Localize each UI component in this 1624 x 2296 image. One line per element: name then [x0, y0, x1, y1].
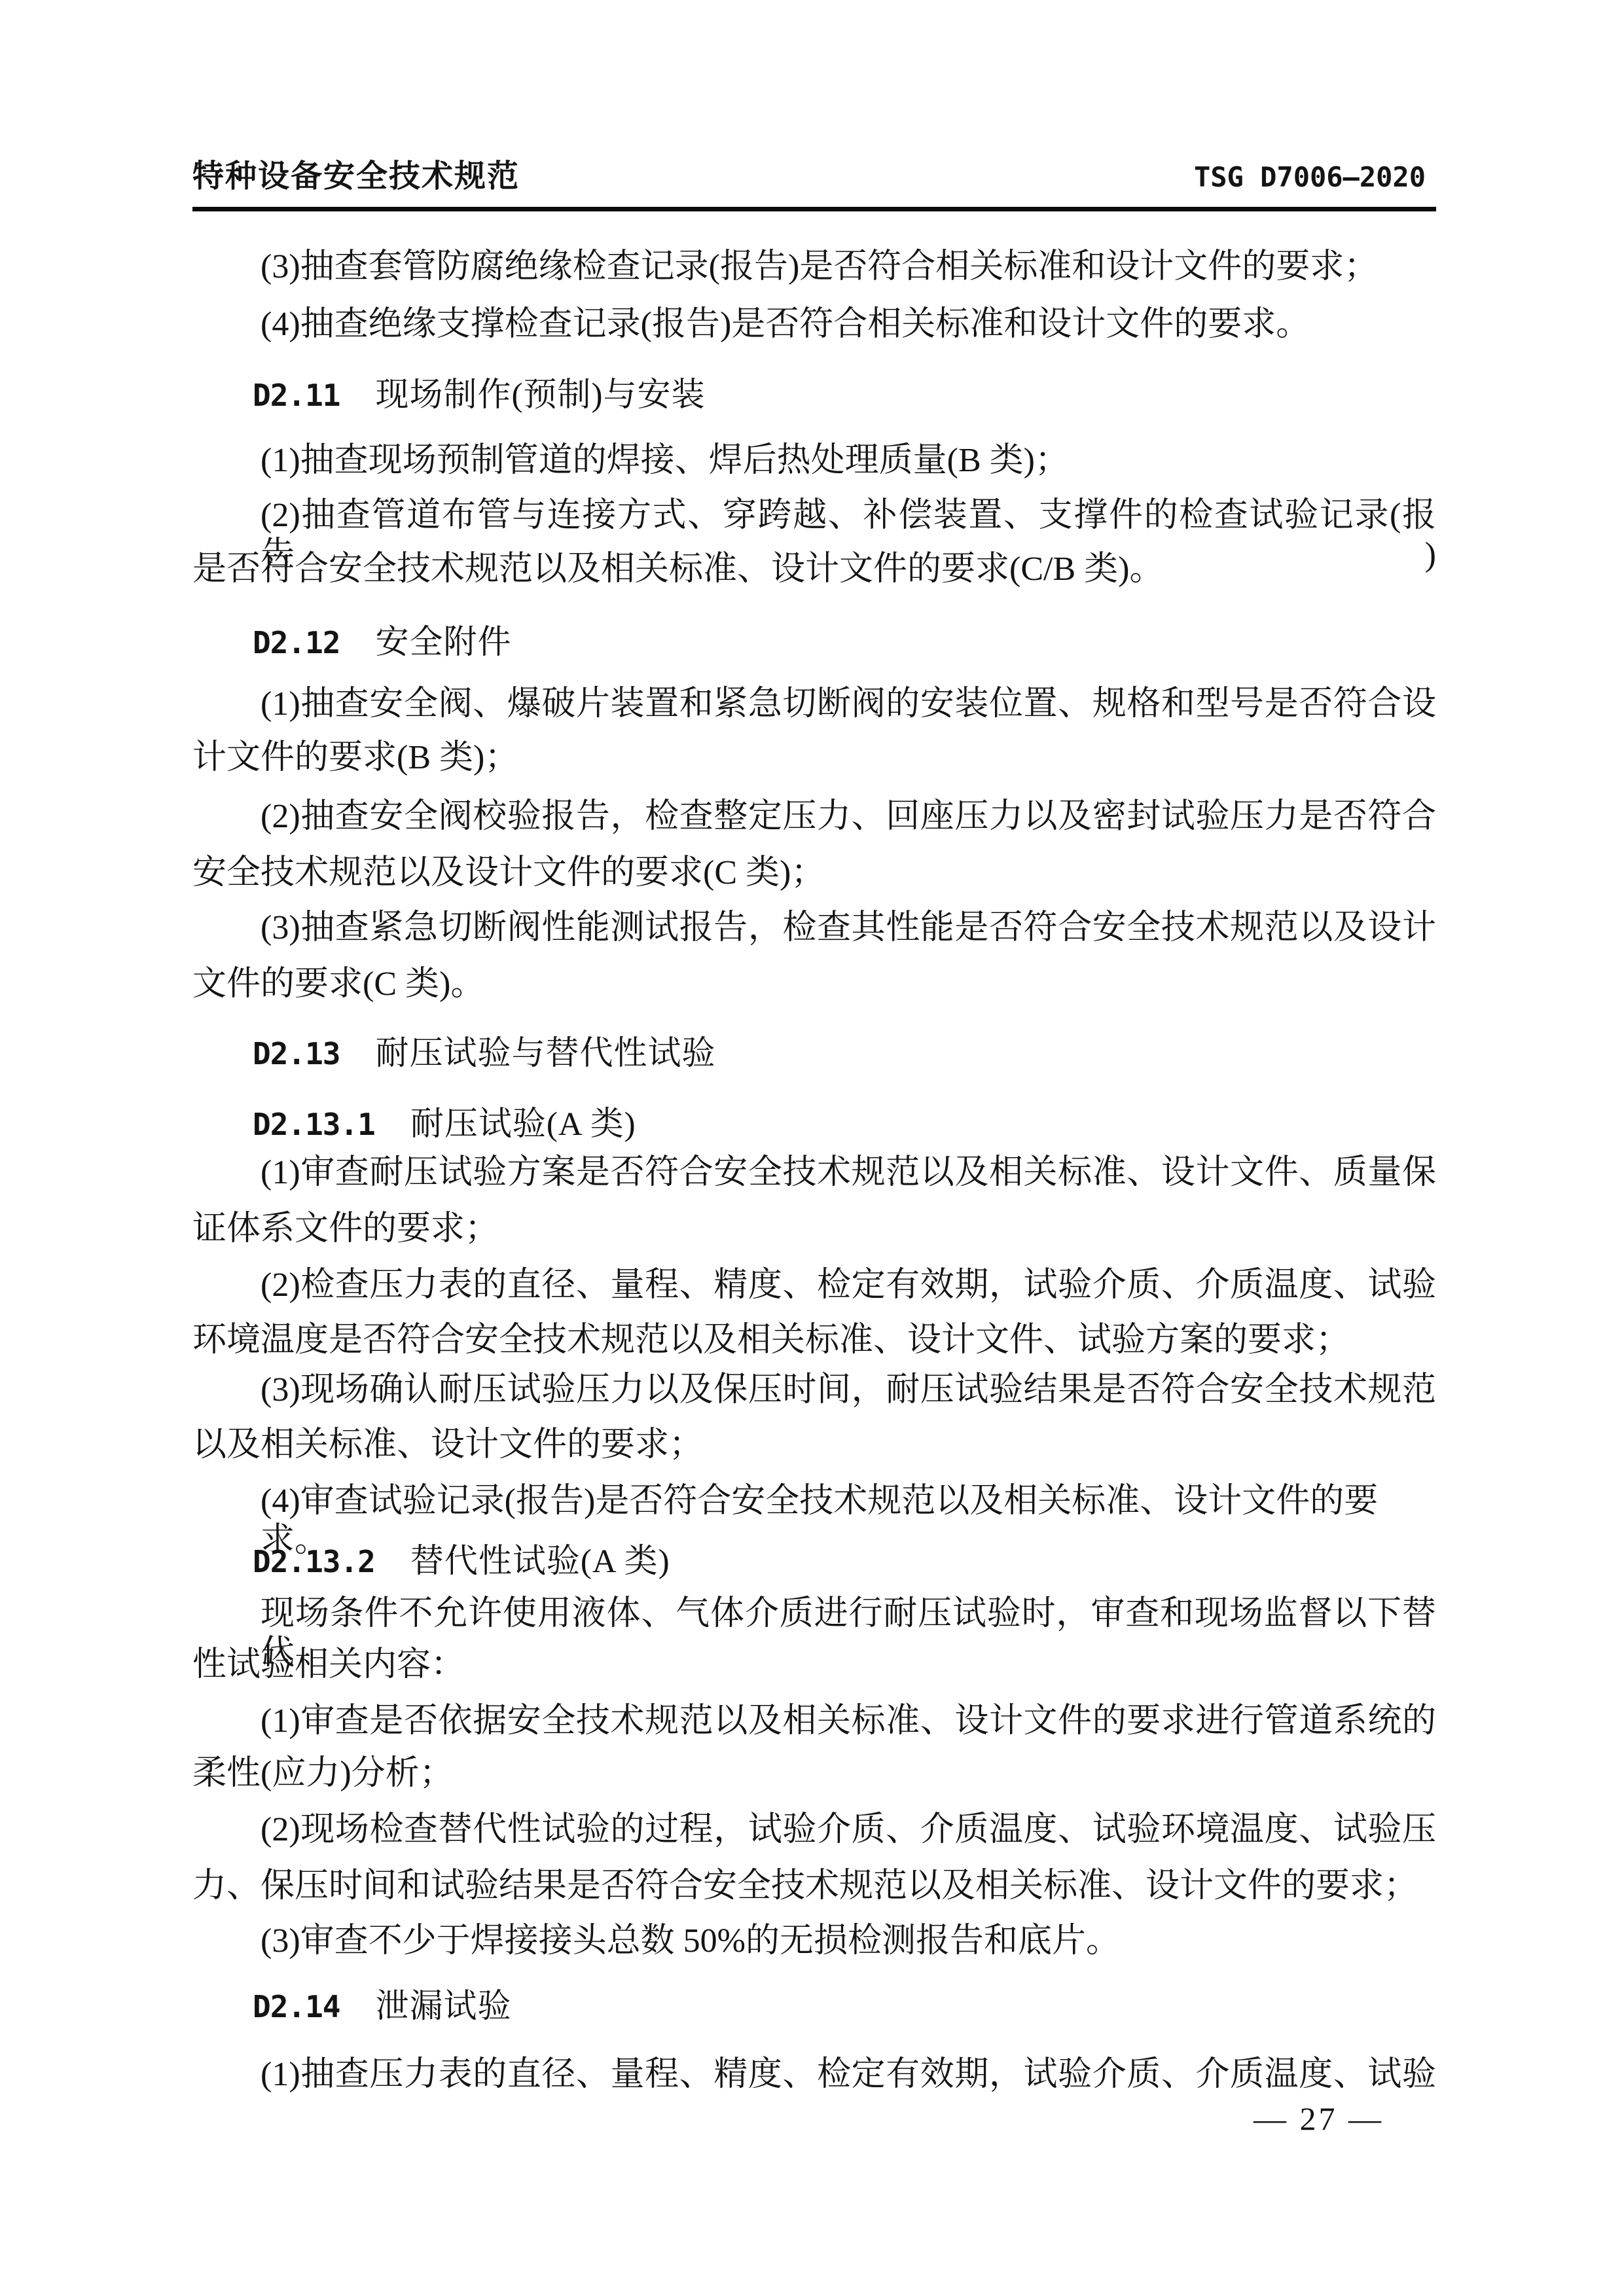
paragraph-line: 环境温度是否符合安全技术规范以及相关标准、设计文件、试验方案的要求；	[192, 1321, 1436, 1361]
paragraph-line: 以及相关标准、设计文件的要求；	[192, 1426, 1436, 1466]
section-heading: D2.13.2替代性试验(A 类)	[192, 1542, 1436, 1583]
paragraph-line: 是否符合安全技术规范以及相关标准、设计文件的要求(C/B 类)。	[192, 550, 1436, 590]
paragraph-line: (2)现场检查替代性试验的过程，试验介质、介质温度、试验环境温度、试验压	[192, 1810, 1436, 1851]
paragraph-line: (3)现场确认耐压试验压力以及保压时间，耐压试验结果是否符合安全技术规范	[192, 1371, 1436, 1411]
section-title: 现场制作(预制)与安装	[375, 377, 705, 414]
paragraph-line: (1)抽查现场预制管道的焊接、焊后热处理质量(B 类)；	[192, 441, 1436, 482]
paragraph-line: (3)抽查紧急切断阀性能测试报告，检查其性能是否符合安全技术规范以及设计	[192, 908, 1436, 949]
section-number: D2.13.2	[253, 1544, 375, 1579]
section-title: 耐压试验(A 类)	[410, 1106, 636, 1143]
section-heading: D2.14泄漏试验	[192, 1987, 1436, 2028]
paragraph-line: (2)抽查管道布管与连接方式、穿跨越、补偿装置、支撑件的检查试验记录(报告)	[192, 496, 1436, 537]
section-number: D2.12	[253, 625, 340, 660]
section-number: D2.13	[253, 1036, 340, 1071]
section-heading: D2.11现场制作(预制)与安装	[192, 376, 1436, 416]
paragraph-line: (3)审查不少于焊接接头总数 50%的无损检测报告和底片。	[192, 1922, 1436, 1962]
section-heading: D2.13.1耐压试验(A 类)	[192, 1105, 1436, 1145]
section-number: D2.11	[253, 378, 340, 413]
section-title: 泄漏试验	[375, 1988, 511, 2025]
page-number: — 27 —	[192, 2100, 1384, 2138]
section-title: 安全附件	[375, 624, 511, 661]
paragraph-line: (2)检查压力表的直径、量程、精度、检定有效期，试验介质、介质温度、试验	[192, 1266, 1436, 1306]
paragraph-line: (4)审查试验记录(报告)是否符合安全技术规范以及相关标准、设计文件的要求。	[192, 1482, 1436, 1522]
header-rule	[192, 207, 1436, 211]
paragraph-line: (3)抽查套管防腐绝缘检查记录(报告)是否符合相关标准和设计文件的要求；	[192, 247, 1436, 288]
paragraph-line: (2)抽查安全阀校验报告，检查整定压力、回座压力以及密封试验压力是否符合	[192, 797, 1436, 838]
section-heading: D2.12安全附件	[192, 623, 1436, 664]
paragraph-line: (4)抽查绝缘支撑检查记录(报告)是否符合相关标准和设计文件的要求。	[192, 305, 1436, 346]
paragraph-line: 文件的要求(C 类)。	[192, 965, 1436, 1005]
paragraph-line: (1)审查耐压试验方案是否符合安全技术规范以及相关标准、设计文件、质量保	[192, 1153, 1436, 1194]
paragraph-line: (1)抽查安全阀、爆破片装置和紧急切断阀的安装位置、规格和型号是否符合设	[192, 685, 1436, 725]
section-title: 耐压试验与替代性试验	[375, 1035, 715, 1072]
paragraph-line: (1)抽查压力表的直径、量程、精度、检定有效期，试验介质、介质温度、试验	[192, 2055, 1436, 2096]
paragraph-line: 计文件的要求(B 类)；	[192, 738, 1436, 779]
section-heading: D2.13耐压试验与替代性试验	[192, 1034, 1436, 1075]
header-document-title: 特种设备安全技术规范	[192, 158, 520, 195]
paragraph-line: 性试验相关内容：	[192, 1645, 1436, 1686]
paragraph-line: (1)审查是否依据安全技术规范以及相关标准、设计文件的要求进行管道系统的	[192, 1702, 1436, 1742]
header-document-code: TSG D7006—2020	[1194, 161, 1426, 194]
document-page: 特种设备安全技术规范 TSG D7006—2020 (3)抽查套管防腐绝缘检查记…	[0, 0, 1624, 2296]
section-number: D2.14	[253, 1989, 340, 2024]
section-title: 替代性试验(A 类)	[410, 1543, 670, 1580]
paragraph-line: 柔性(应力)分析；	[192, 1754, 1436, 1795]
paragraph-line: 现场条件不允许使用液体、气体介质进行耐压试验时，审查和现场监督以下替代	[192, 1594, 1436, 1635]
paragraph-line: 安全技术规范以及设计文件的要求(C 类)；	[192, 853, 1436, 894]
paragraph-line: 力、保压时间和试验结果是否符合安全技术规范以及相关标准、设计文件的要求；	[192, 1867, 1436, 1907]
paragraph-line: 证体系文件的要求；	[192, 1210, 1436, 1250]
section-number: D2.13.1	[253, 1107, 375, 1142]
